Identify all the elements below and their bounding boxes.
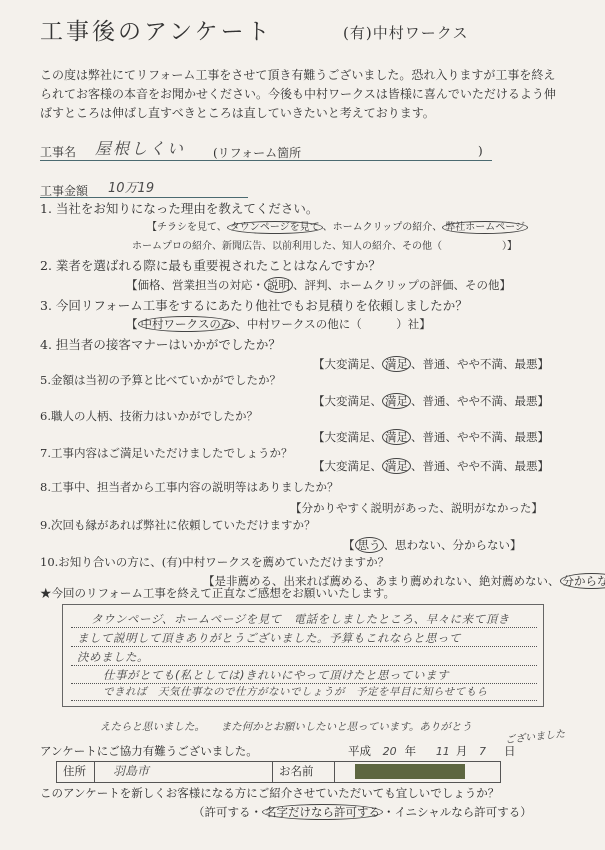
option-initials-only[interactable]: ・イニシャルなら許可する）: [383, 805, 532, 819]
question-7-options: 【大変満足、満足、普通、やや不満、最悪】: [313, 458, 549, 474]
option[interactable]: 、中村ワークスの他に（ ）社】: [235, 317, 430, 331]
thanks-text: アンケートにご協力有難うございました。: [40, 743, 258, 759]
reform-location-label: (リフォーム箇所: [213, 144, 301, 161]
question-1: 1. 当社をお知りになった理由を教えてください。: [40, 199, 318, 217]
question-7: 7.工事内容はご満足いただけましたでしょうか？: [40, 445, 292, 461]
comment-line: まして説明して頂きありがとうございました。予算もこれならと思って: [77, 630, 461, 646]
question-4: 4. 担当者の接客マナーはいかがでしたか？: [40, 335, 281, 353]
company-name: (有)中村ワークス: [343, 22, 469, 43]
work-name-underline: [40, 160, 492, 161]
day-value[interactable]: 7: [479, 745, 486, 758]
year-label: 年: [405, 744, 417, 758]
bracket: 【: [126, 317, 138, 331]
permission-options: （許可する・名字だけなら許可する・イニシャルなら許可する）: [193, 804, 532, 820]
option[interactable]: 、ホームクリップの紹介、: [323, 222, 443, 233]
option-surname-only-selected[interactable]: 名字だけなら許可する: [262, 804, 383, 820]
comment-line: 仕事がとても(私としては)きれいにやって頂けたと思っています: [103, 667, 449, 683]
work-name-value[interactable]: 屋根しくい: [95, 136, 185, 159]
name-value[interactable]: [335, 762, 500, 782]
option-selected[interactable]: 満足: [382, 393, 411, 409]
question-9: 9.次回も縁があれば弊社に依頼していただけますか？: [40, 517, 315, 533]
question-6-options: 【大変満足、満足、普通、やや不満、最悪】: [313, 429, 549, 445]
address-label: 住所: [57, 762, 95, 782]
month-label: 月: [456, 744, 468, 758]
question-8: 8.工事中、担当者から工事内容の説明等はありましたか？: [40, 479, 338, 495]
amount-value[interactable]: 10万19: [108, 177, 154, 196]
option-selected[interactable]: 満足: [382, 458, 411, 474]
day-label: 日: [504, 744, 516, 758]
question-10: 10.お知り合いの方に、(有)中村ワークスを薦めていただけますか？: [40, 554, 389, 570]
comment-line: タウンページ、ホームページを見て 電話をしましたところ、早々に来て頂き: [91, 611, 510, 627]
option[interactable]: 【大変満足、: [313, 394, 382, 408]
option[interactable]: 【大変満足、: [313, 430, 382, 444]
form-title: 工事後のアンケート: [40, 13, 273, 46]
question-2-options: 【価格、営業担当の対応・説明、評判、ホームクリップの評価、その他】: [126, 277, 511, 293]
question-6: 6.職人の人柄、技術力はいかがでしたか？: [40, 408, 258, 424]
question-9-options: 【思う、思わない、分からない】: [343, 537, 522, 553]
option-selected[interactable]: 満足: [382, 429, 411, 445]
option-allow[interactable]: （許可する・: [193, 805, 262, 819]
option[interactable]: 【大変満足、: [313, 459, 382, 473]
date: 平成 20年 11月 7日: [348, 743, 515, 759]
year-value[interactable]: 20: [383, 745, 397, 758]
signature-table: 住所 羽島市 お名前: [56, 761, 501, 783]
reform-location-close: ): [478, 144, 483, 158]
comment-line: えたらと思いました。 また何かとお願いしたいと思っています。ありがとう: [100, 719, 472, 734]
address-value[interactable]: 羽島市: [95, 762, 273, 782]
comment-line: できれば 天気仕事なので仕方がないでしょうが 予定を早目に知らせてもら: [103, 684, 488, 699]
name-label: お名前: [273, 762, 335, 782]
comment-line: 決めました。: [77, 649, 149, 665]
question-1-options: 【チラシを見て、タウンページを見て、ホームクリップの紹介、弊社ホームページ: [147, 218, 528, 233]
option-selected[interactable]: 中村ワークスのみ: [138, 316, 236, 332]
option[interactable]: 【チラシを見て、: [147, 222, 227, 233]
intro-line: この度は弊社にてリフォーム工事をさせて頂き有難うございました。恐れ入りますが工事…: [40, 66, 556, 85]
month-value[interactable]: 11: [436, 745, 450, 758]
option[interactable]: 、思わない、分からない】: [384, 538, 522, 552]
question-5-options: 【大変満足、満足、普通、やや不満、最悪】: [313, 393, 549, 409]
permission-question: このアンケートを新しくお客様になる方にご紹介させていただいても宜しいでしょうか？: [40, 785, 499, 801]
option[interactable]: 、普通、やや不満、最悪】: [411, 430, 549, 444]
option[interactable]: 、普通、やや不満、最悪】: [411, 394, 549, 408]
survey-form: 工事後のアンケート (有)中村ワークス この度は弊社にてリフォーム工事をさせて頂…: [0, 0, 605, 850]
option[interactable]: 、評判、ホームクリップの評価、その他】: [293, 278, 511, 292]
name-redaction: [355, 764, 465, 779]
dotted-line: [71, 627, 537, 628]
bracket: 【: [343, 538, 355, 552]
intro-text: この度は弊社にてリフォーム工事をさせて頂き有難うございました。恐れ入りますが工事…: [40, 66, 556, 123]
dotted-line: [71, 646, 537, 647]
work-name-label: 工事名: [40, 143, 76, 160]
amount-underline: [40, 197, 248, 198]
question-3: 3. 今回リフォーム工事をするにあたり他社でもお見積りを依頼しましたか？: [40, 296, 468, 314]
option-selected[interactable]: 分からない: [560, 573, 605, 589]
intro-line: ばすところは伸ばし直すべきところは直していきたいと考えております。: [40, 104, 556, 123]
dotted-line: [71, 665, 537, 666]
option[interactable]: 【価格、営業担当の対応・: [126, 278, 264, 292]
question-5: 5.金額は当初の予算と比べていかがでしたか？: [40, 372, 281, 388]
comment-box[interactable]: タウンページ、ホームページを見て 電話をしましたところ、早々に来て頂き まして説…: [62, 604, 544, 707]
question-4-options: 【大変満足、満足、普通、やや不満、最悪】: [313, 356, 549, 372]
option-selected[interactable]: 思う: [355, 537, 384, 553]
intro-line: られてお客様の本音をお聞かせください。今後も中村ワークスは皆様に喜んでいただける…: [40, 85, 556, 104]
option[interactable]: 【大変満足、: [313, 357, 382, 371]
option[interactable]: 、普通、やや不満、最悪】: [411, 357, 549, 371]
option[interactable]: 、普通、やや不満、最悪】: [411, 459, 549, 473]
question-8-options[interactable]: 【分かりやすく説明があった、説明がなかった】: [290, 500, 543, 516]
comment-prompt: ★今回のリフォーム工事を終えて正直なご感想をお願いいたします。: [40, 585, 395, 601]
question-3-options: 【中村ワークスのみ、中村ワークスの他に（ ）社】: [126, 316, 431, 332]
era: 平成: [348, 744, 371, 758]
option-selected[interactable]: 説明: [264, 277, 293, 293]
question-1-options-2[interactable]: ホームプロの紹介、新聞広告、以前利用した、知人の紹介、その他（ ）】: [132, 237, 517, 252]
option-selected[interactable]: 弊社ホームページ: [442, 221, 528, 234]
option-selected[interactable]: タウンページを見て: [227, 221, 323, 234]
option-selected[interactable]: 満足: [382, 356, 411, 372]
dotted-line: [71, 700, 537, 701]
question-2: 2. 業者を選ばれる際に最も重要視されたことはなんですか？: [40, 256, 381, 274]
